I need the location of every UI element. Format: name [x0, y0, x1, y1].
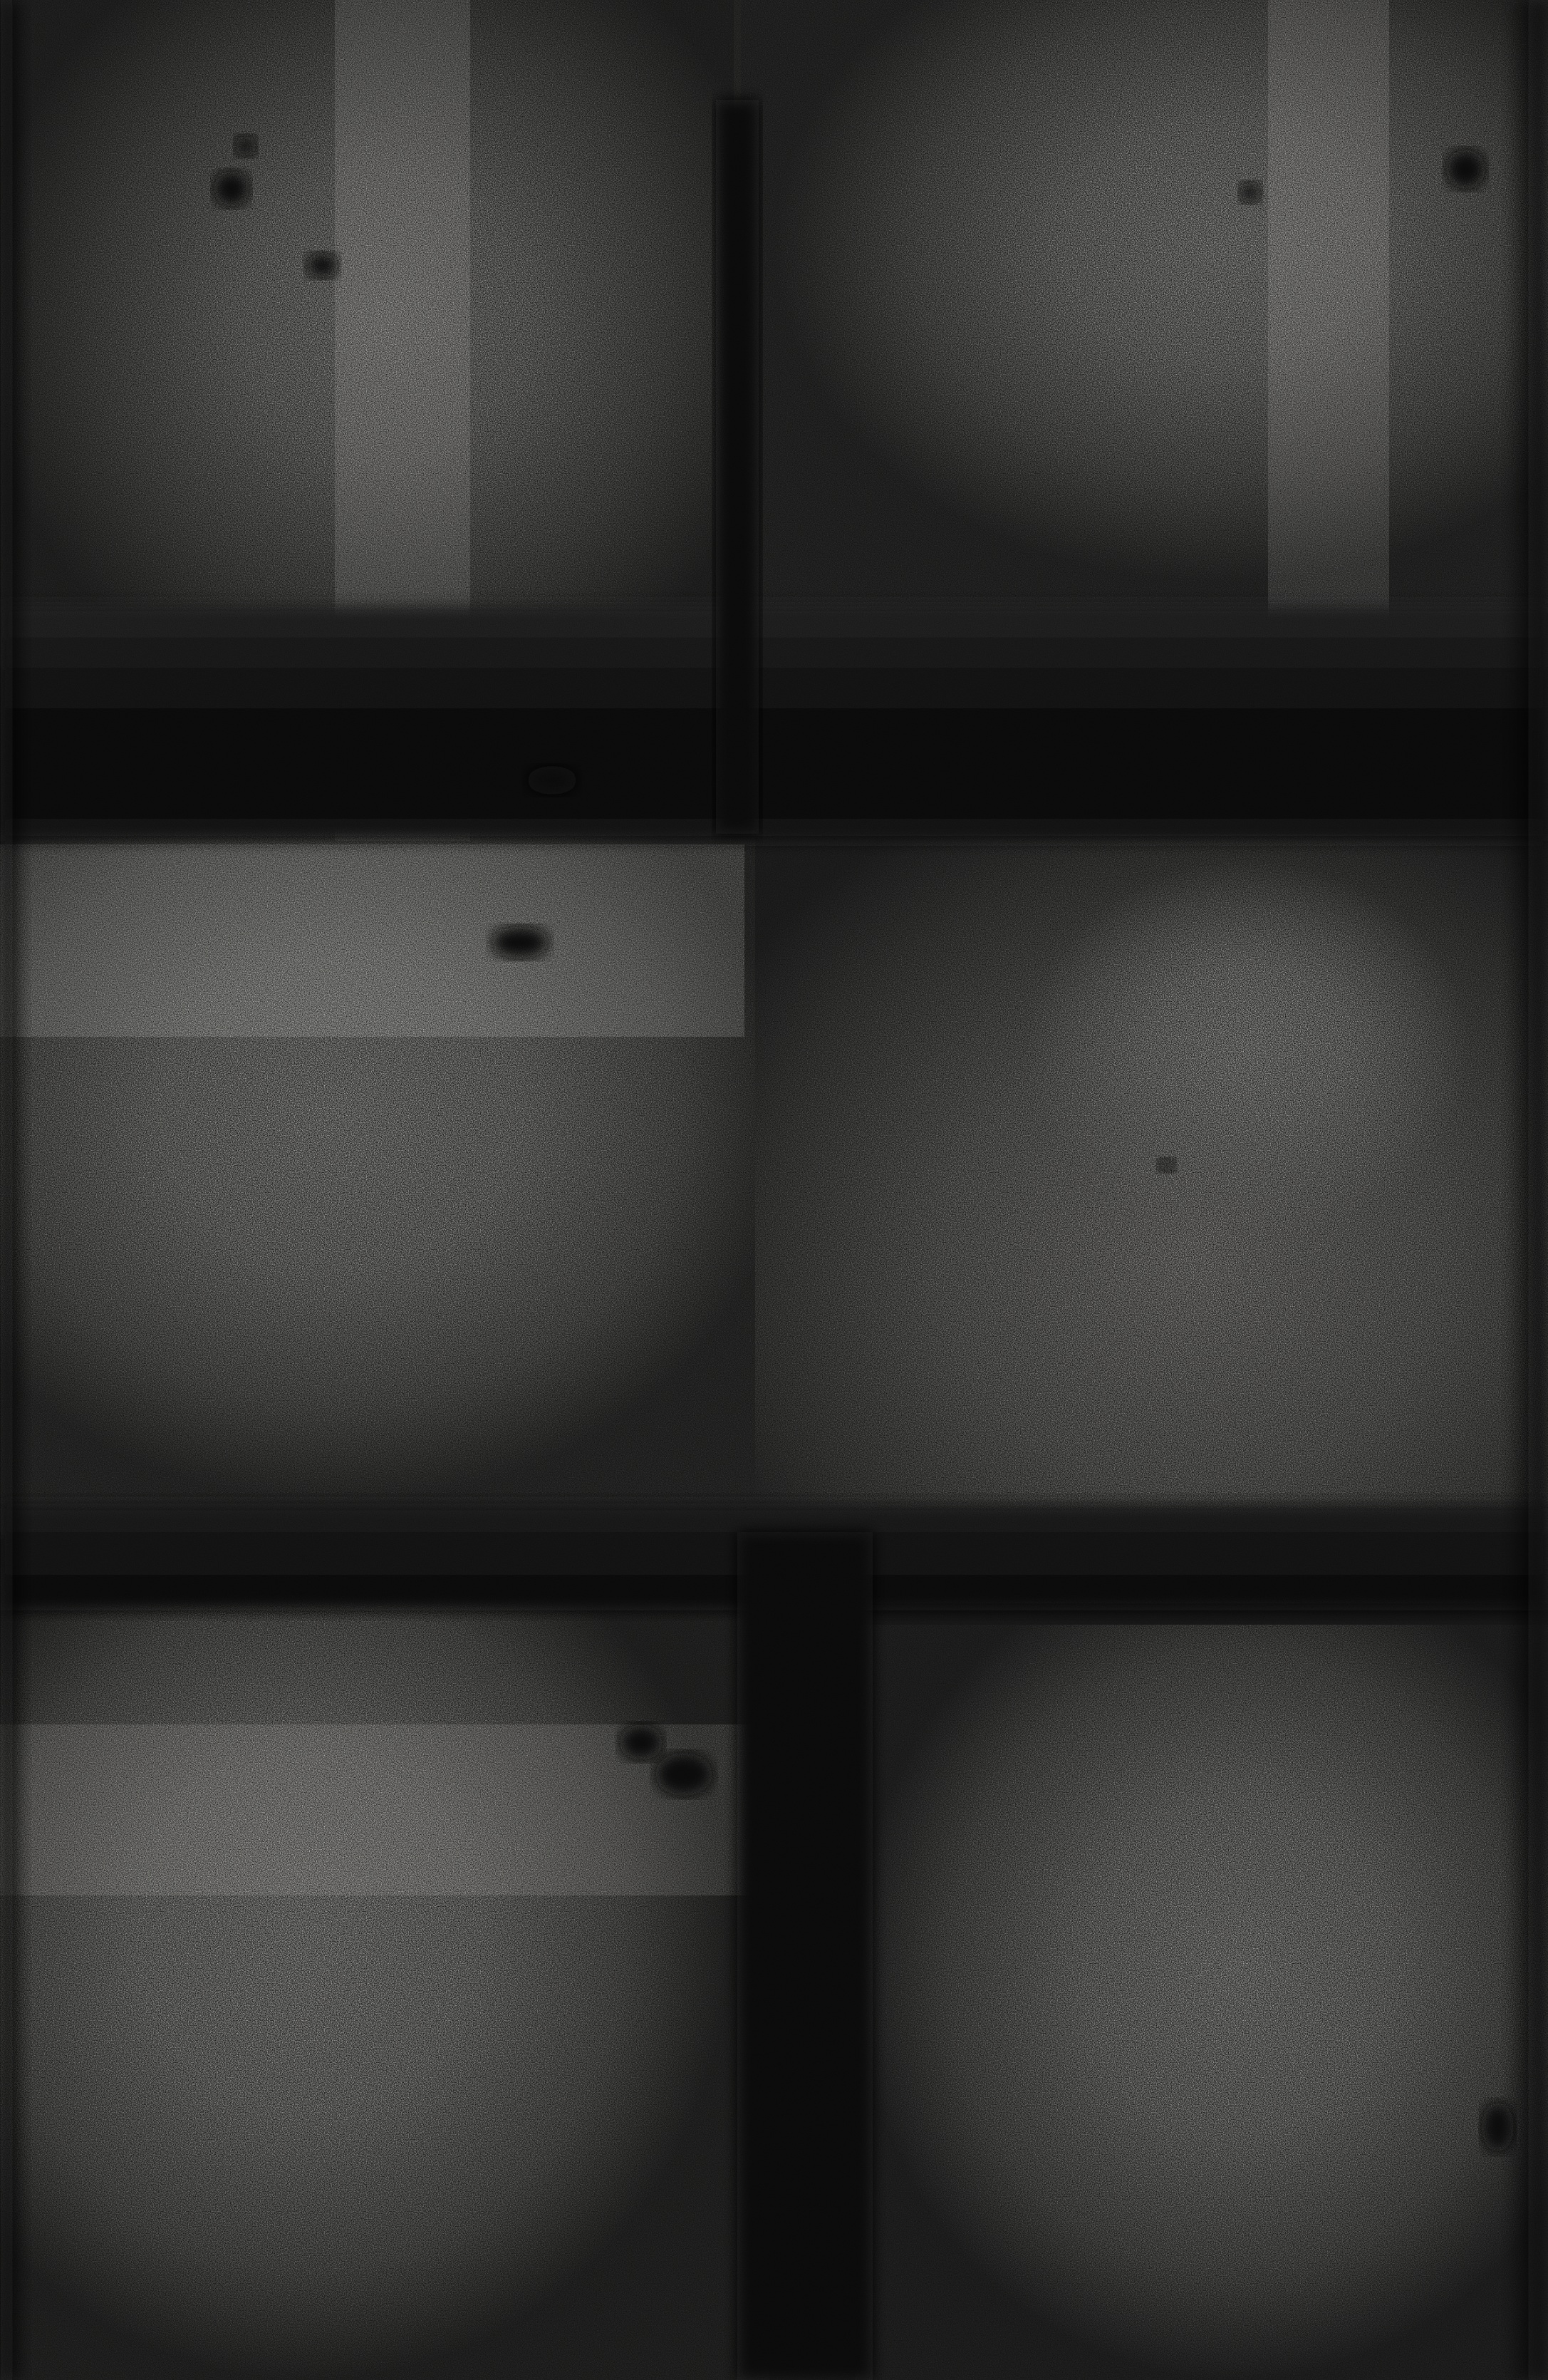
ink-blot — [306, 253, 338, 278]
dark-seam-vertical — [716, 100, 759, 834]
ink-blot — [1446, 150, 1485, 189]
panel-bottom-left — [0, 1568, 769, 2380]
ink-blot — [1240, 182, 1261, 203]
ink-blot — [1482, 2102, 1514, 2152]
panel-bottom-right — [855, 1625, 1548, 2380]
ink-blot — [655, 1753, 712, 1796]
dark-edge-left — [0, 0, 28, 2380]
artwork-canvas — [0, 0, 1548, 2380]
ink-blot — [620, 1724, 663, 1760]
panel-top-right — [734, 0, 1548, 613]
dark-seam-horizontal — [0, 606, 1548, 841]
ink-blot — [492, 926, 549, 958]
ink-blot — [527, 766, 577, 795]
dark-edge-right — [1505, 0, 1548, 2380]
ink-blot — [1158, 1158, 1175, 1172]
panel-middle-right — [755, 834, 1548, 1603]
ink-blot — [235, 135, 256, 157]
dark-band-vertical — [737, 1532, 873, 2380]
ink-blot — [214, 171, 249, 207]
light-strip — [0, 844, 744, 1037]
